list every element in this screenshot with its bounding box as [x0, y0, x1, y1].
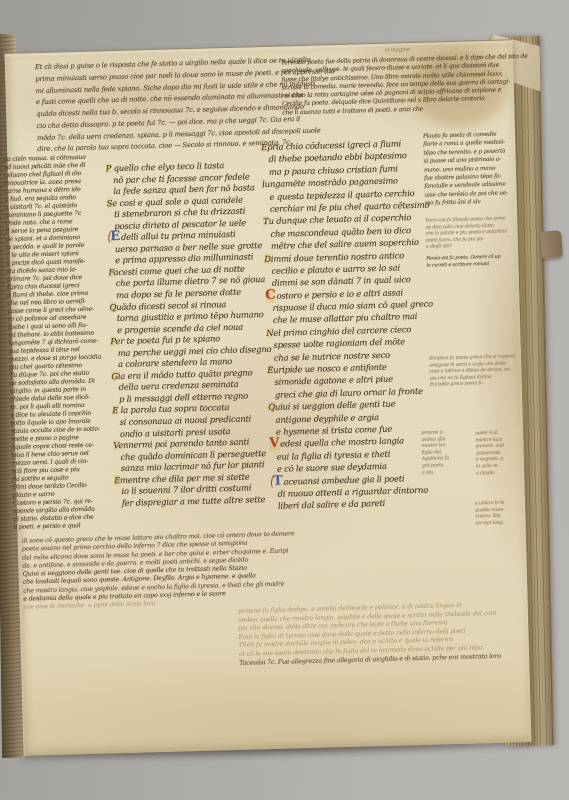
margin-note-line: mo fu fritta āni d xlv	[425, 197, 521, 208]
margin-note-names-b: ueder li al.mentre luceqnmore. andquiuer…	[475, 430, 536, 478]
interlinear-addition: ci magine	[385, 47, 411, 54]
verse-column-2: Epria chio cōducessi igreci a fiumidi th…	[261, 136, 441, 512]
illuminated-initial: V	[269, 436, 279, 451]
margin-note-varro: Varro est fu filosofo poeta che primine …	[425, 216, 522, 252]
commentary-top-left: Et cli dissi p guise o le risposta che f…	[35, 56, 281, 157]
bottom-commentary-block-b: ysmene fu figlia dedipo. e sorella dethe…	[238, 600, 540, 668]
parchment-page: Et cli dissi p guise o le risposta che f…	[5, 39, 532, 755]
manuscript-photo: Et cli dissi p guise o le risposta che f…	[0, 0, 569, 800]
pen-flourish: (	[270, 474, 274, 491]
bottom-commentary-block-a: di sono cō questo greco che le muse latt…	[22, 524, 524, 612]
margin-note-plauto: Plauto fu poeta di comediefiorie a roma …	[423, 130, 521, 208]
margin-note-line: e piu.	[422, 469, 472, 477]
commentary-top-right: Terentio poeta fue della patria di donor…	[281, 53, 514, 117]
margin-note-line: Euripide greco poeta fu	[430, 380, 530, 389]
margin-note-persio: Persio est fu poeta. Genere cō uplo curr…	[426, 254, 522, 270]
gloss-line: li poeti. e persio e qual	[13, 521, 121, 532]
margin-note-names-a: ysmene p.uedesi qllamostro lan.figlia de…	[421, 430, 472, 477]
illuminated-initial: C	[265, 287, 276, 302]
marginal-gloss-column: da cielo nuoua. si cōtinuauaad nuoui pdi…	[3, 153, 121, 532]
verse-column-1: P quello che elyo teco li tastanō par ch…	[106, 159, 279, 510]
pen-flourish: (	[107, 230, 111, 246]
fore-edge-tab	[540, 230, 563, 258]
margin-note-euripide: Simplice fu poeta greco che si ragionaan…	[429, 354, 530, 390]
margin-note-line: e degli altri	[426, 242, 522, 251]
